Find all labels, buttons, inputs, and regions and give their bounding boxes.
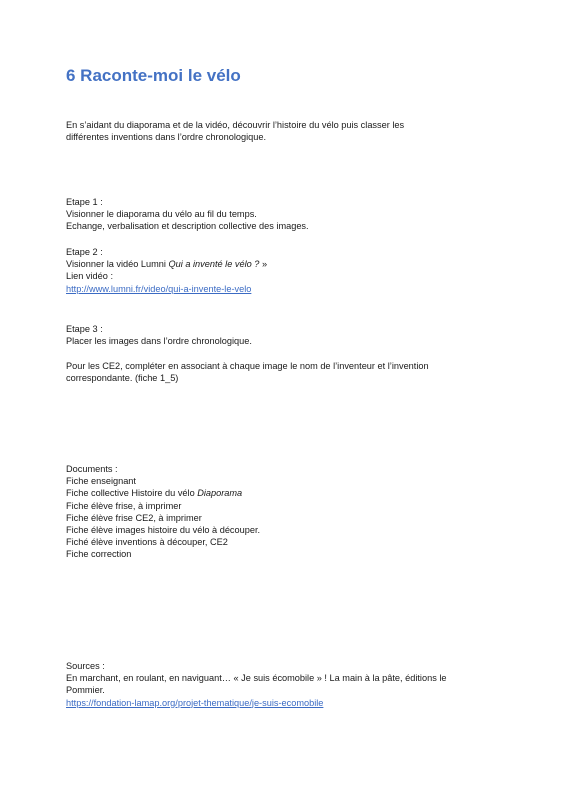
intro-line-2: différentes inventions dans l’ordre chro… [66, 131, 404, 143]
etape-1-line-1: Visionner le diaporama du vélo au fil du… [66, 208, 309, 220]
document-item: Fiche collective Histoire du vélo Diapor… [66, 487, 260, 499]
video-link[interactable]: http://www.lumni.fr/video/qui-a-invente-… [66, 284, 251, 294]
etape-3-heading: Etape 3 : [66, 323, 429, 335]
etape-2-line-1-suffix: » [259, 259, 267, 269]
sources-line-2: Pommier. [66, 684, 447, 696]
etape-1-heading: Etape 1 : [66, 196, 309, 208]
document-item-italic: Diaporama [197, 488, 242, 498]
etape-3-section: Etape 3 : Placer les images dans l’ordre… [66, 323, 429, 384]
etape-2-heading: Etape 2 : [66, 246, 267, 258]
etape-3-line-1: Placer les images dans l’ordre chronolog… [66, 335, 429, 347]
intro-line-1: En s’aidant du diaporama et de la vidéo,… [66, 119, 404, 131]
etape-2-line-1: Visionner la vidéo Lumni Qui a inventé l… [66, 258, 267, 270]
video-link-label: Lien vidéo : [66, 270, 267, 282]
document-item: Fiche élève frise, à imprimer [66, 500, 260, 512]
spacer [66, 347, 429, 359]
ce2-line-2: correspondante. (fiche 1_5) [66, 372, 429, 384]
etape-1-section: Etape 1 : Visionner le diaporama du vélo… [66, 196, 309, 233]
sources-link[interactable]: https://fondation-lamap.org/projet-thema… [66, 698, 323, 708]
etape-1-line-2: Echange, verbalisation et description co… [66, 220, 309, 232]
document-item-text: Fiche collective Histoire du vélo [66, 488, 197, 498]
document-item: Fiche élève frise CE2, à imprimer [66, 512, 260, 524]
document-item: Fiche élève images histoire du vélo à dé… [66, 524, 260, 536]
document-item: Fiché élève inventions à découper, CE2 [66, 536, 260, 548]
video-title: Qui a inventé le vélo ? [168, 259, 259, 269]
page-title: 6 Raconte-moi le vélo [66, 66, 241, 86]
etape-2-section: Etape 2 : Visionner la vidéo Lumni Qui a… [66, 246, 267, 295]
sources-heading: Sources : [66, 660, 447, 672]
sources-section: Sources : En marchant, en roulant, en na… [66, 660, 447, 709]
etape-2-line-1-prefix: Visionner la vidéo Lumni [66, 259, 168, 269]
documents-section: Documents : Fiche enseignant Fiche colle… [66, 463, 260, 561]
intro-paragraph: En s’aidant du diaporama et de la vidéo,… [66, 119, 404, 143]
ce2-line-1: Pour les CE2, compléter en associant à c… [66, 360, 429, 372]
document-page: 6 Raconte-moi le vélo En s’aidant du dia… [0, 0, 565, 800]
documents-heading: Documents : [66, 463, 260, 475]
document-item: Fiche enseignant [66, 475, 260, 487]
sources-line-1: En marchant, en roulant, en naviguant… «… [66, 672, 447, 684]
document-item: Fiche correction [66, 548, 260, 560]
